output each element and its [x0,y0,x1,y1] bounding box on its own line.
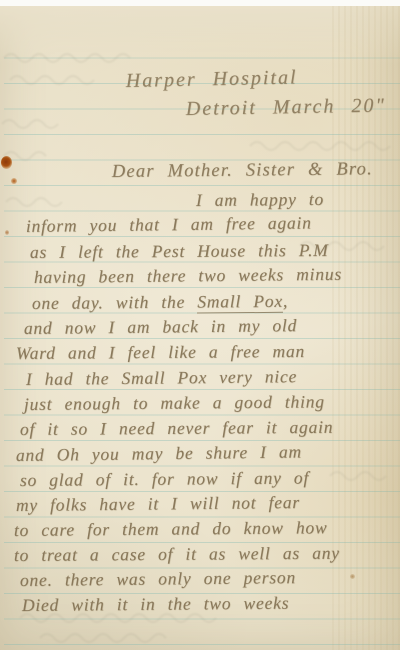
letter-line: Died with it in the two weeks [22,593,290,616]
letter-line: having been there two weeks minus [34,264,342,288]
letter-line: to treat a case of it as well as any [14,543,340,566]
letter-paper: Harper Hospital Detroit March 20" Dear M… [0,6,400,650]
letter-content: Harper Hospital Detroit March 20" Dear M… [0,6,400,650]
letter-line: I had the Small Pox very nice [26,366,297,390]
line-prefix: one day. with the [32,292,198,313]
letter-line: one day. with the Small Pox, [32,291,288,314]
letter-line: Ward and I feel like a free man [16,341,305,364]
scanned-letter-image: Harper Hospital Detroit March 20" Dear M… [0,0,400,650]
line-suffix: , [283,291,288,311]
letter-line: as I left the Pest House this P.M [30,240,329,263]
letter-line: to care for them and do know how [14,517,328,541]
letter-line: so glad of it. for now if any of [20,467,309,491]
underlined-phrase: Small Pox [197,291,283,314]
letter-line: of it so I need never fear it again [20,417,334,440]
letter-line: inform you that I am free again [26,213,312,237]
letter-line: just enough to make a good thing [24,391,325,415]
letter-line: one. there was only one person [20,567,296,591]
letter-line: and Oh you may be shure I am [16,442,302,466]
letter-heading-dateline: Detroit March 20" [186,95,386,121]
letter-line: and now I am back in my old [24,315,297,339]
letter-salutation: Dear Mother. Sister & Bro. [112,159,373,183]
letter-line: I am happy to [196,189,324,211]
letter-line: my folks have it I will not fear [16,492,300,516]
letter-heading-location: Harper Hospital [126,66,298,93]
